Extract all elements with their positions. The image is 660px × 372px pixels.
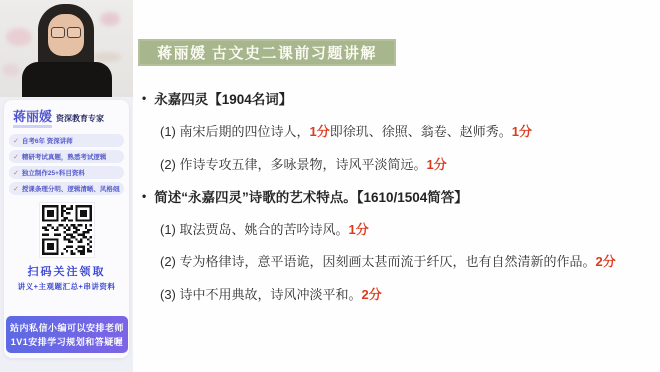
lecture-slide: 蒋丽媛 古文史二课前习题讲解 •永嘉四灵【1904名词】(1) 南宋后期的四位诗…: [133, 0, 660, 372]
lecture-title: 蒋丽媛 古文史二课前习题讲解: [157, 42, 377, 63]
score-mark: 2分: [362, 284, 382, 303]
highlight-text: 授课条理分明、逻辑清晰、风格细腻: [22, 184, 120, 193]
highlight-pill: ✓精研考试真题，熟悉考试逻辑: [9, 150, 124, 163]
note-item: (1) 取法贾岛、姚合的苦吟诗风。1分: [140, 212, 655, 245]
contact-banner: 站内私信小编可以安排老师 1V1安排学习规划和答疑喔: [6, 316, 128, 353]
check-icon: ✓: [13, 185, 19, 193]
qr-code: [40, 203, 94, 257]
highlight-pill: ✓自考6年 资深讲师: [9, 134, 124, 147]
note-item: (1) 南宋后期的四位诗人，1分即徐玑、徐照、翁卷、赵师秀。1分: [140, 115, 655, 148]
note-heading: •永嘉四灵【1904名词】: [140, 82, 655, 115]
highlight-pill: ✓授课条理分明、逻辑清晰、风格细腻: [9, 182, 124, 195]
check-icon: ✓: [13, 137, 19, 145]
bullet-icon: •: [142, 91, 146, 105]
presenter-video: [0, 0, 133, 97]
note-text: 永嘉四灵【1904名词】: [154, 88, 292, 108]
note-item: (2) 专为格律诗，意平语诡，因刻画太甚而流于纤仄，也有自然清新的作品。2分: [140, 245, 655, 278]
note-text: (2) 专为格律诗，意平语诡，因刻画太甚而流于纤仄，也有自然清新的作品。: [160, 251, 596, 270]
lecture-notes: •永嘉四灵【1904名词】(1) 南宋后期的四位诗人，1分即徐玑、徐照、翁卷、赵…: [140, 82, 655, 310]
qr-caption-main: 扫码关注领取: [4, 263, 129, 279]
note-text: (2) 作诗专攻五律，多咏景物，诗风平淡简远。: [160, 154, 427, 173]
note-text: 即徐玑、徐照、翁卷、赵师秀。: [330, 121, 512, 140]
check-icon: ✓: [13, 169, 19, 177]
note-text: (3) 诗中不用典故，诗风冲淡平和。: [160, 284, 362, 303]
check-icon: ✓: [13, 153, 19, 161]
score-mark: 2分: [596, 251, 616, 270]
contact-banner-line1: 站内私信小编可以安排老师: [10, 321, 124, 334]
qr-caption-sub: 讲义+主观题汇总+串讲资料: [4, 281, 129, 292]
presenter-panel: 蒋丽媛 资深教育专家 ✓自考6年 资深讲师✓精研考试真题，熟悉考试逻辑✓独立制作…: [0, 0, 133, 372]
score-mark: 1分: [310, 121, 330, 140]
contact-banner-line2: 1V1安排学习规划和答疑喔: [11, 335, 124, 348]
note-text: (1) 取法贾岛、姚合的苦吟诗风。: [160, 219, 349, 238]
note-item: (3) 诗中不用典故，诗风冲淡平和。2分: [140, 277, 655, 310]
bullet-icon: •: [142, 189, 146, 203]
note-text: (1) 南宋后期的四位诗人，: [160, 121, 310, 140]
score-mark: 1分: [512, 121, 532, 140]
presenter-body: [22, 62, 112, 97]
teacher-highlights-list: ✓自考6年 资深讲师✓精研考试真题，熟悉考试逻辑✓独立制作25+科目资料✓授课条…: [4, 132, 129, 195]
highlight-text: 精研考试真题，熟悉考试逻辑: [22, 152, 107, 161]
score-mark: 1分: [427, 154, 447, 173]
lecture-title-banner: 蒋丽媛 古文史二课前习题讲解: [138, 39, 396, 66]
highlight-pill: ✓独立制作25+科目资料: [9, 166, 124, 179]
highlight-text: 独立制作25+科目资料: [22, 168, 85, 177]
presenter-figure: [0, 0, 133, 97]
teacher-name: 蒋丽媛: [13, 110, 52, 128]
highlight-text: 自考6年 资深讲师: [22, 136, 73, 145]
note-heading: •简述“永嘉四灵”诗歌的艺术特点。【1610/1504简答】: [140, 180, 655, 213]
profile-header: 蒋丽媛 资深教育专家: [4, 100, 129, 132]
teacher-title: 资深教育专家: [56, 113, 104, 124]
note-item: (2) 作诗专攻五律，多咏景物，诗风平淡简远。1分: [140, 147, 655, 180]
glasses-icon: [51, 27, 81, 36]
score-mark: 1分: [349, 219, 369, 238]
note-text: 简述“永嘉四灵”诗歌的艺术特点。【1610/1504简答】: [154, 186, 468, 206]
